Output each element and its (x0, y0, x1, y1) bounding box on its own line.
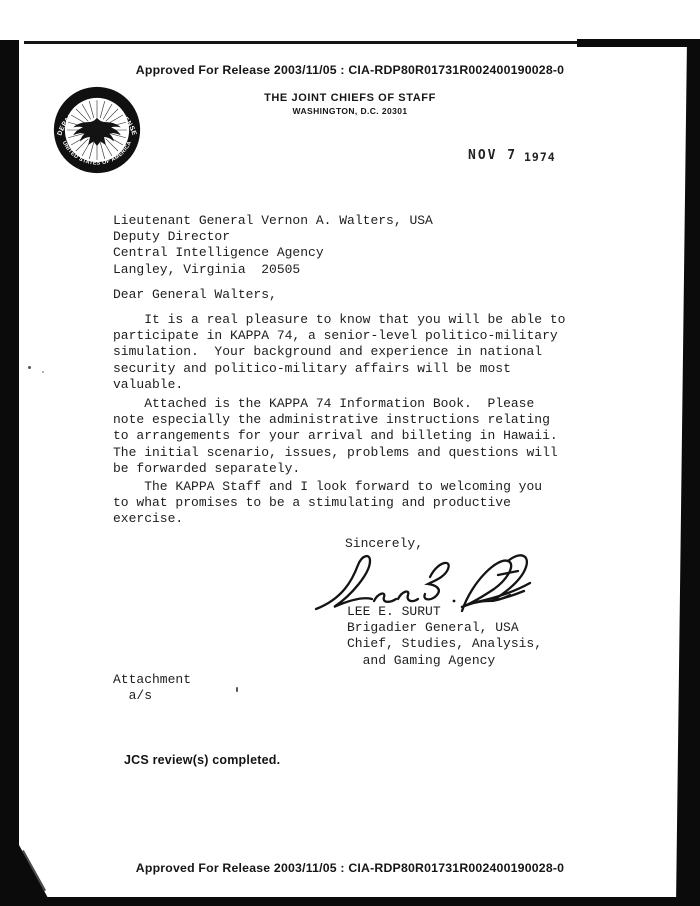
body-paragraph-2: Attached is the KAPPA 74 Information Boo… (113, 396, 558, 477)
scan-speck (42, 371, 44, 373)
scan-speck (28, 366, 31, 369)
scan-border-right (676, 39, 700, 906)
scan-speck (236, 687, 238, 692)
attachment-note: Attachment a/s (113, 672, 191, 704)
letterhead-organization: THE JOINT CHIEFS OF STAFF (0, 92, 700, 104)
scanned-letter-page: Approved For Release 2003/11/05 : CIA-RD… (0, 0, 700, 906)
closing-salutation: Sincerely, (345, 536, 423, 552)
body-paragraph-3: The KAPPA Staff and I look forward to we… (113, 479, 542, 528)
scan-border-left (0, 40, 19, 898)
date-stamp-month-day: NOV 7 (468, 148, 517, 163)
salutation: Dear General Walters, (113, 287, 277, 303)
release-stamp-header: Approved For Release 2003/11/05 : CIA-RD… (0, 63, 700, 77)
letterhead: THE JOINT CHIEFS OF STAFF WASHINGTON, D.… (0, 92, 700, 116)
scan-edge-line-top-right (577, 39, 700, 47)
letterhead-address: WASHINGTON, D.C. 20301 (0, 106, 700, 116)
release-stamp-footer: Approved For Release 2003/11/05 : CIA-RD… (0, 861, 700, 875)
jcs-review-stamp: JCS review(s) completed. (124, 753, 280, 767)
body-paragraph-1: It is a real pleasure to know that you w… (113, 312, 565, 393)
date-stamp-year: 1974 (524, 150, 556, 164)
recipient-address-block: Lieutenant General Vernon A. Walters, US… (113, 213, 433, 278)
signature-block: LEE E. SURUT Brigadier General, USA Chie… (347, 604, 542, 669)
scan-border-bottom (0, 897, 700, 906)
